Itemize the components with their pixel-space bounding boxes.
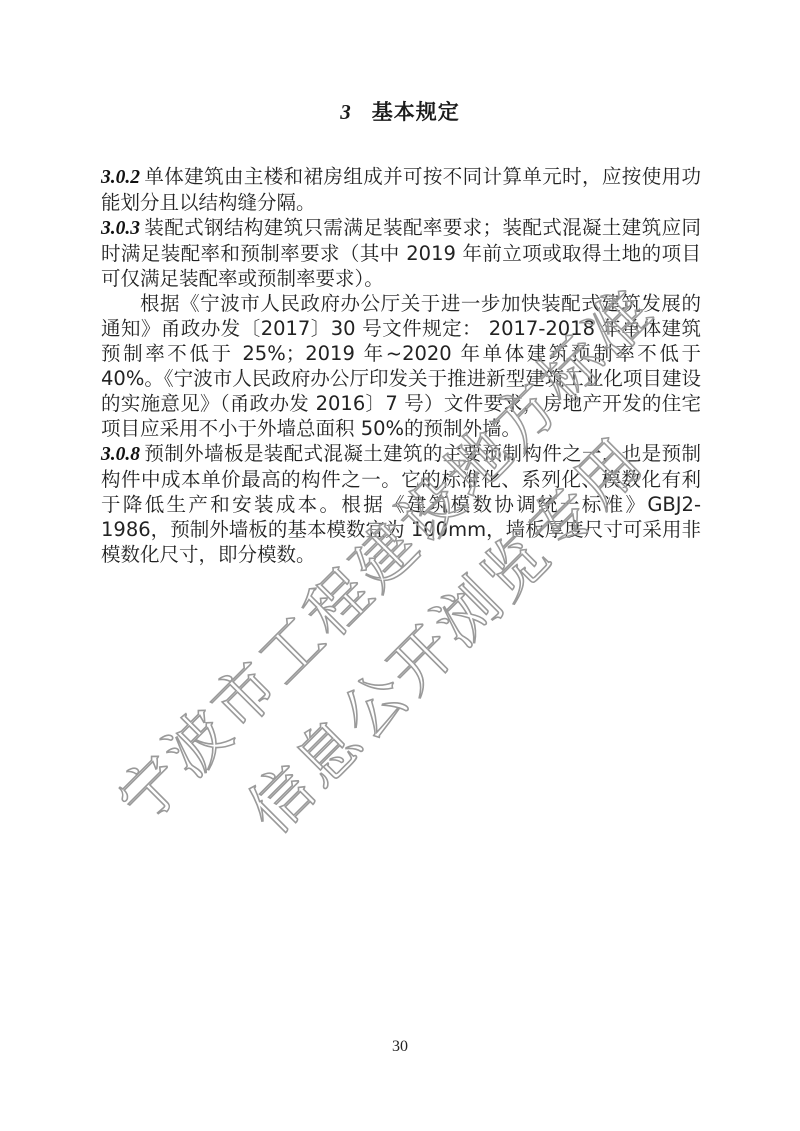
clause-text: 单体建筑由主楼和裙房组成并可按不同计算单元时，应按使用功能划分且以结构缝分隔。 <box>101 165 701 214</box>
document-body: 3.0.2单体建筑由主楼和裙房组成并可按不同计算单元时，应按使用功能划分且以结构… <box>101 164 701 567</box>
chapter-number: 3 <box>340 100 352 124</box>
clause-3-0-3: 3.0.3装配式钢结构建筑只需满足装配率要求；装配式混凝土建筑应同时满足装配率和… <box>101 215 701 291</box>
chapter-heading: 3基本规定 <box>0 98 800 126</box>
clause-number: 3.0.2 <box>101 167 140 188</box>
clause-3-0-3-explanation: 根据《宁波市人民政府办公厅关于进一步加快装配式建筑发展的通知》甬政办发〔2017… <box>101 291 701 441</box>
clause-3-0-2: 3.0.2单体建筑由主楼和裙房组成并可按不同计算单元时，应按使用功能划分且以结构… <box>101 164 701 215</box>
document-page: 3基本规定 3.0.2单体建筑由主楼和裙房组成并可按不同计算单元时，应按使用功能… <box>0 0 800 1131</box>
chapter-title: 基本规定 <box>372 100 460 124</box>
clause-text: 装配式钢结构建筑只需满足装配率要求；装配式混凝土建筑应同时满足装配率和预制率要求… <box>101 216 701 290</box>
clause-3-0-8: 3.0.8预制外墙板是装配式混凝土建筑的主要预制构件之一，也是预制构件中成本单价… <box>101 441 701 567</box>
clause-number: 3.0.8 <box>101 444 140 465</box>
clause-text: 预制外墙板是装配式混凝土建筑的主要预制构件之一，也是预制构件中成本单价最高的构件… <box>101 442 701 566</box>
page-number: 30 <box>0 1038 800 1056</box>
paragraph-text: 根据《宁波市人民政府办公厅关于进一步加快装配式建筑发展的通知》甬政办发〔2017… <box>101 292 701 440</box>
clause-number: 3.0.3 <box>101 218 140 239</box>
